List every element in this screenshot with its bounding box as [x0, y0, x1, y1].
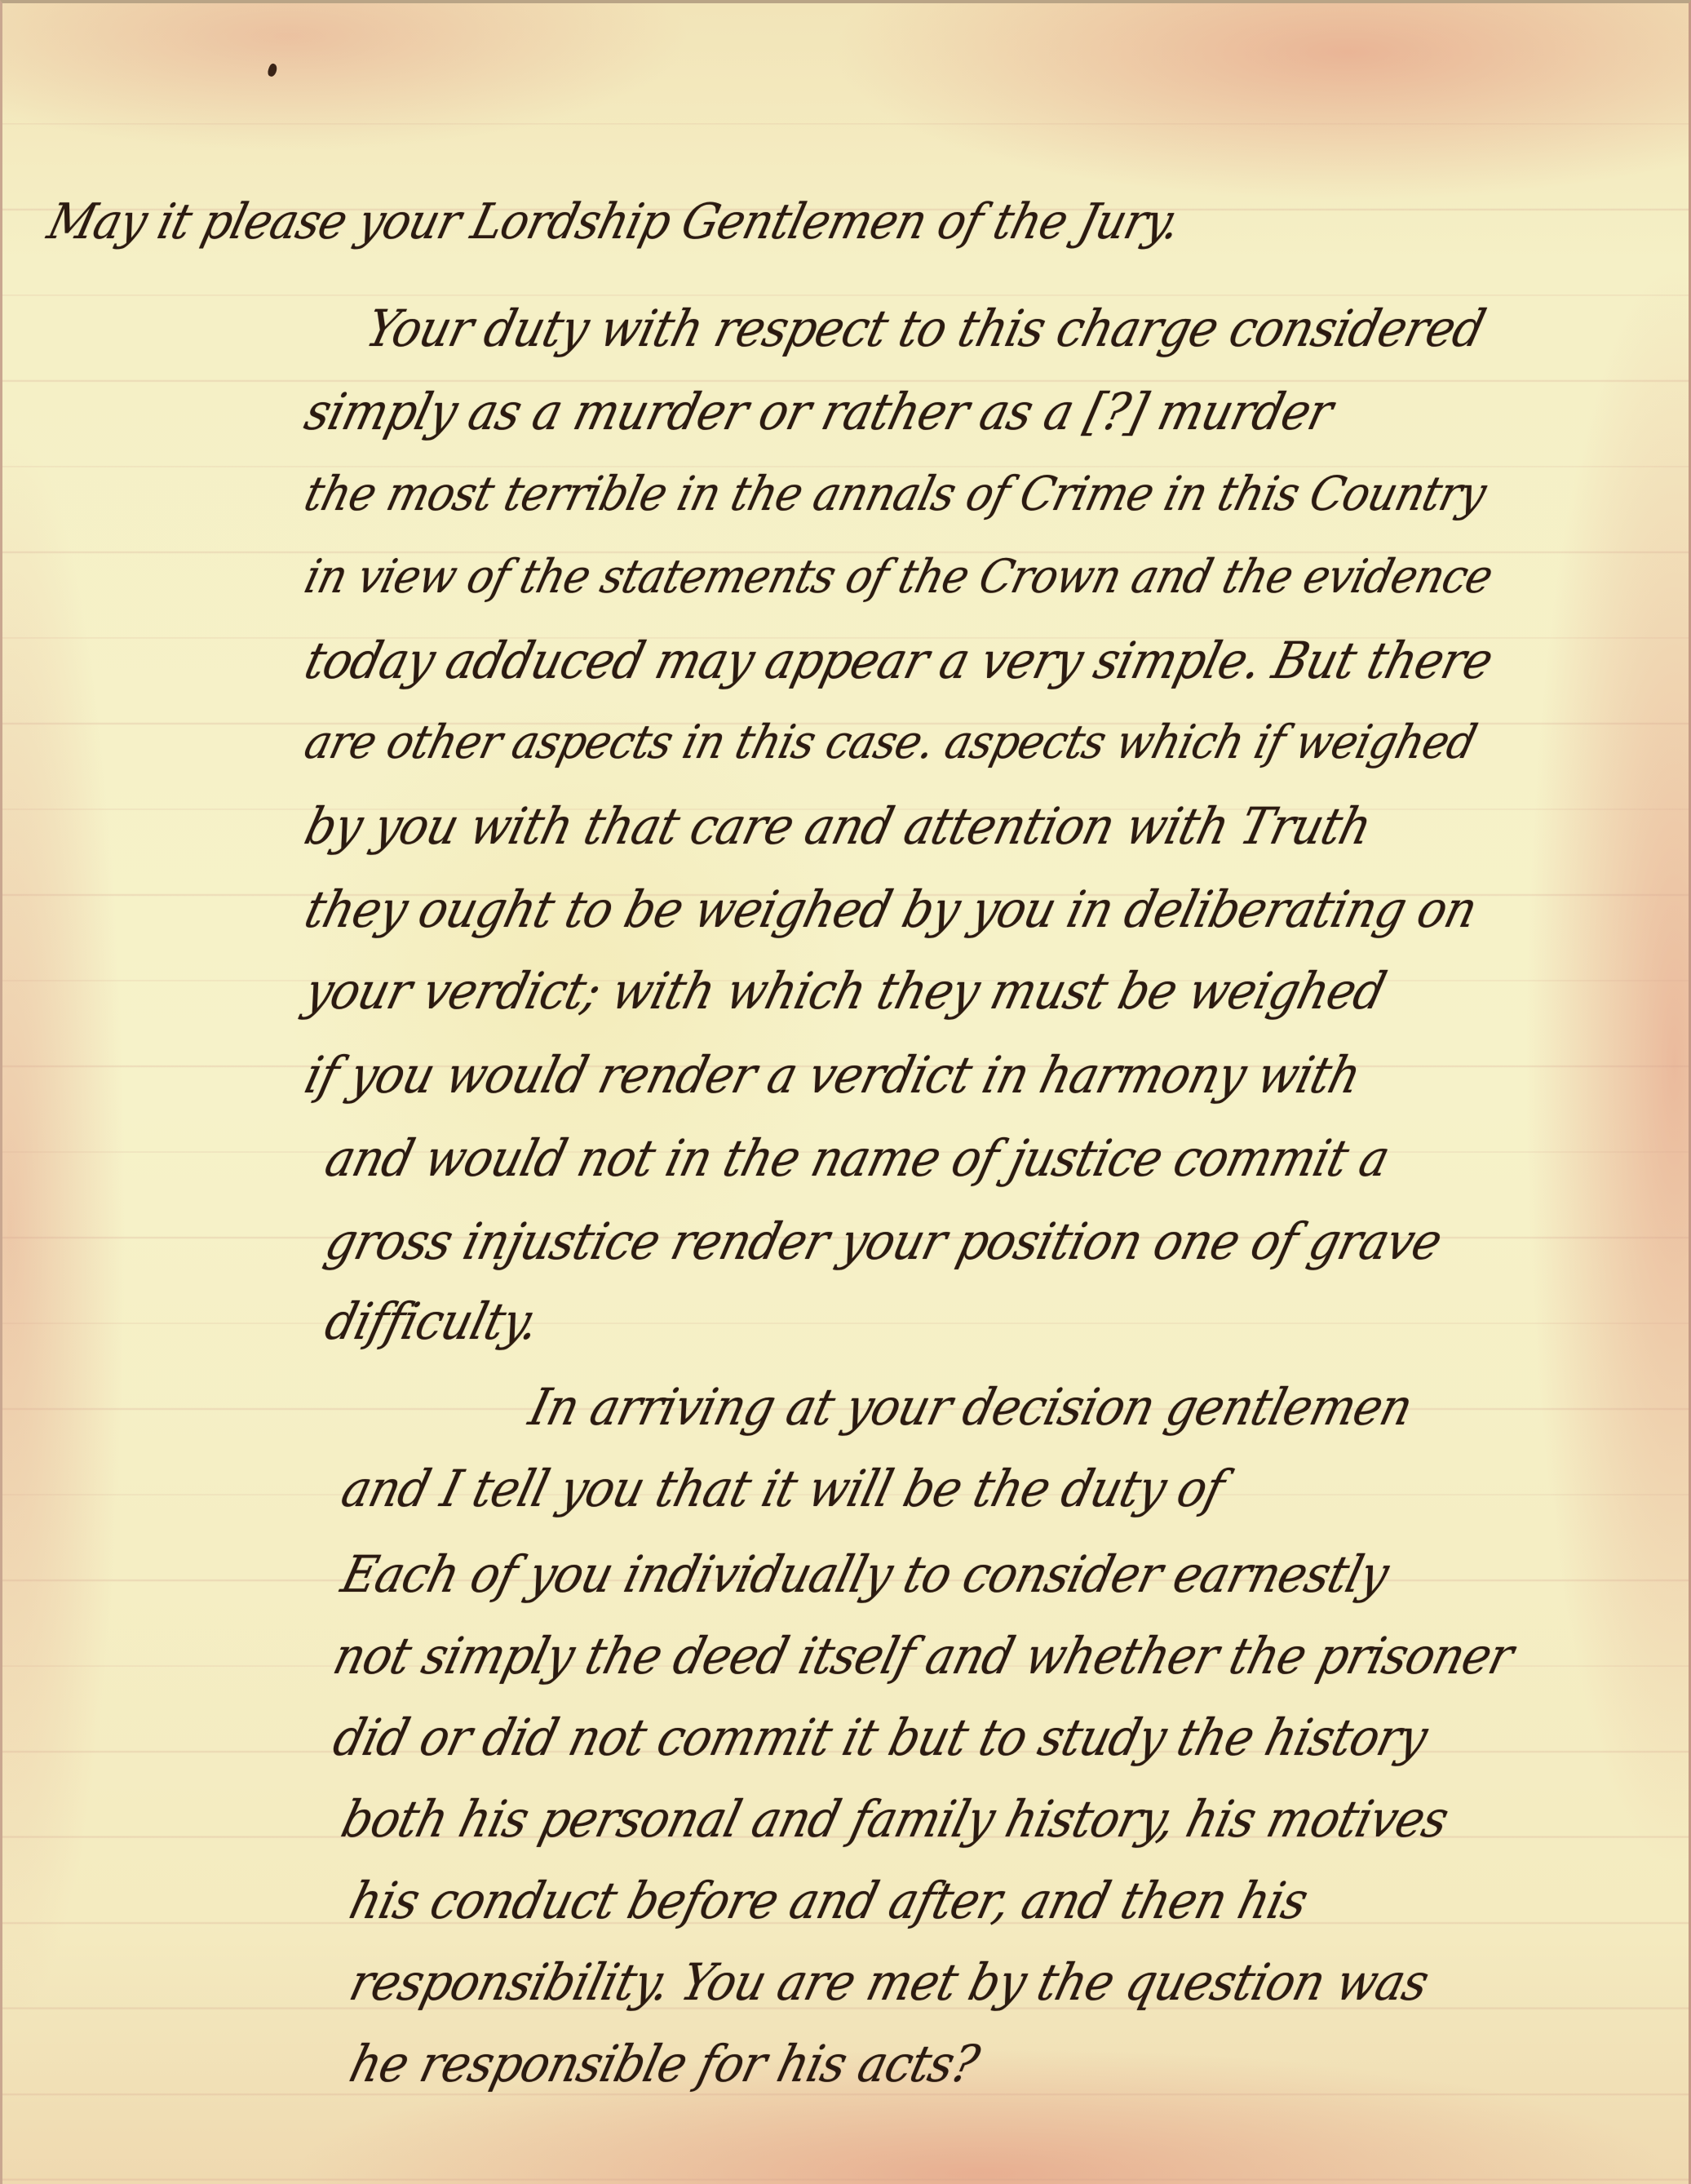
text-line: and I tell you that it will be the duty … [337, 1464, 1228, 1514]
manuscript-page: May it please your Lordship Gentlemen of… [0, 0, 1691, 2184]
text-line: did or did not commit it but to study th… [329, 1712, 1432, 1763]
text-line: responsibility. You are met by the quest… [345, 1957, 1433, 2008]
text-line: they ought to be weighed by you in delib… [300, 884, 1481, 935]
text-line: are other aspects in this case. aspects … [300, 720, 1481, 766]
text-line: Your duty with respect to this charge co… [361, 303, 1490, 354]
salutation: May it please your Lordship Gentlemen of… [43, 197, 1184, 246]
text-line: Each of you individually to consider ear… [337, 1549, 1393, 1600]
text-line: simply as a murder or rather as a [?] mu… [300, 387, 1337, 437]
text-line: difficulty. [321, 1296, 543, 1347]
text-line: the most terrible in the annals of Crime… [300, 470, 1490, 517]
text-line: his conduct before and after, and then h… [345, 1876, 1313, 1926]
text-line: today adduced may appear a very simple. … [300, 636, 1498, 686]
text-line: both his personal and family history, hi… [337, 1794, 1453, 1845]
text-line: not simply the deed itself and whether t… [329, 1631, 1518, 1681]
text-line: in view of the statements of the Crown a… [300, 554, 1497, 600]
manuscript-text: May it please your Lordship Gentlemen of… [2, 3, 1689, 2184]
text-line: if you would render a verdict in harmony… [300, 1050, 1366, 1101]
text-line: your verdict; with which they must be we… [300, 966, 1390, 1017]
text-line: gross injustice render your position one… [321, 1216, 1446, 1267]
text-line: by you with that care and attention with… [300, 801, 1376, 852]
paragraph-start: In arriving at your decision gentlemen [525, 1382, 1417, 1433]
text-line: and would not in the name of justice com… [321, 1133, 1394, 1184]
text-line: he responsible for his acts? [345, 2039, 983, 2089]
